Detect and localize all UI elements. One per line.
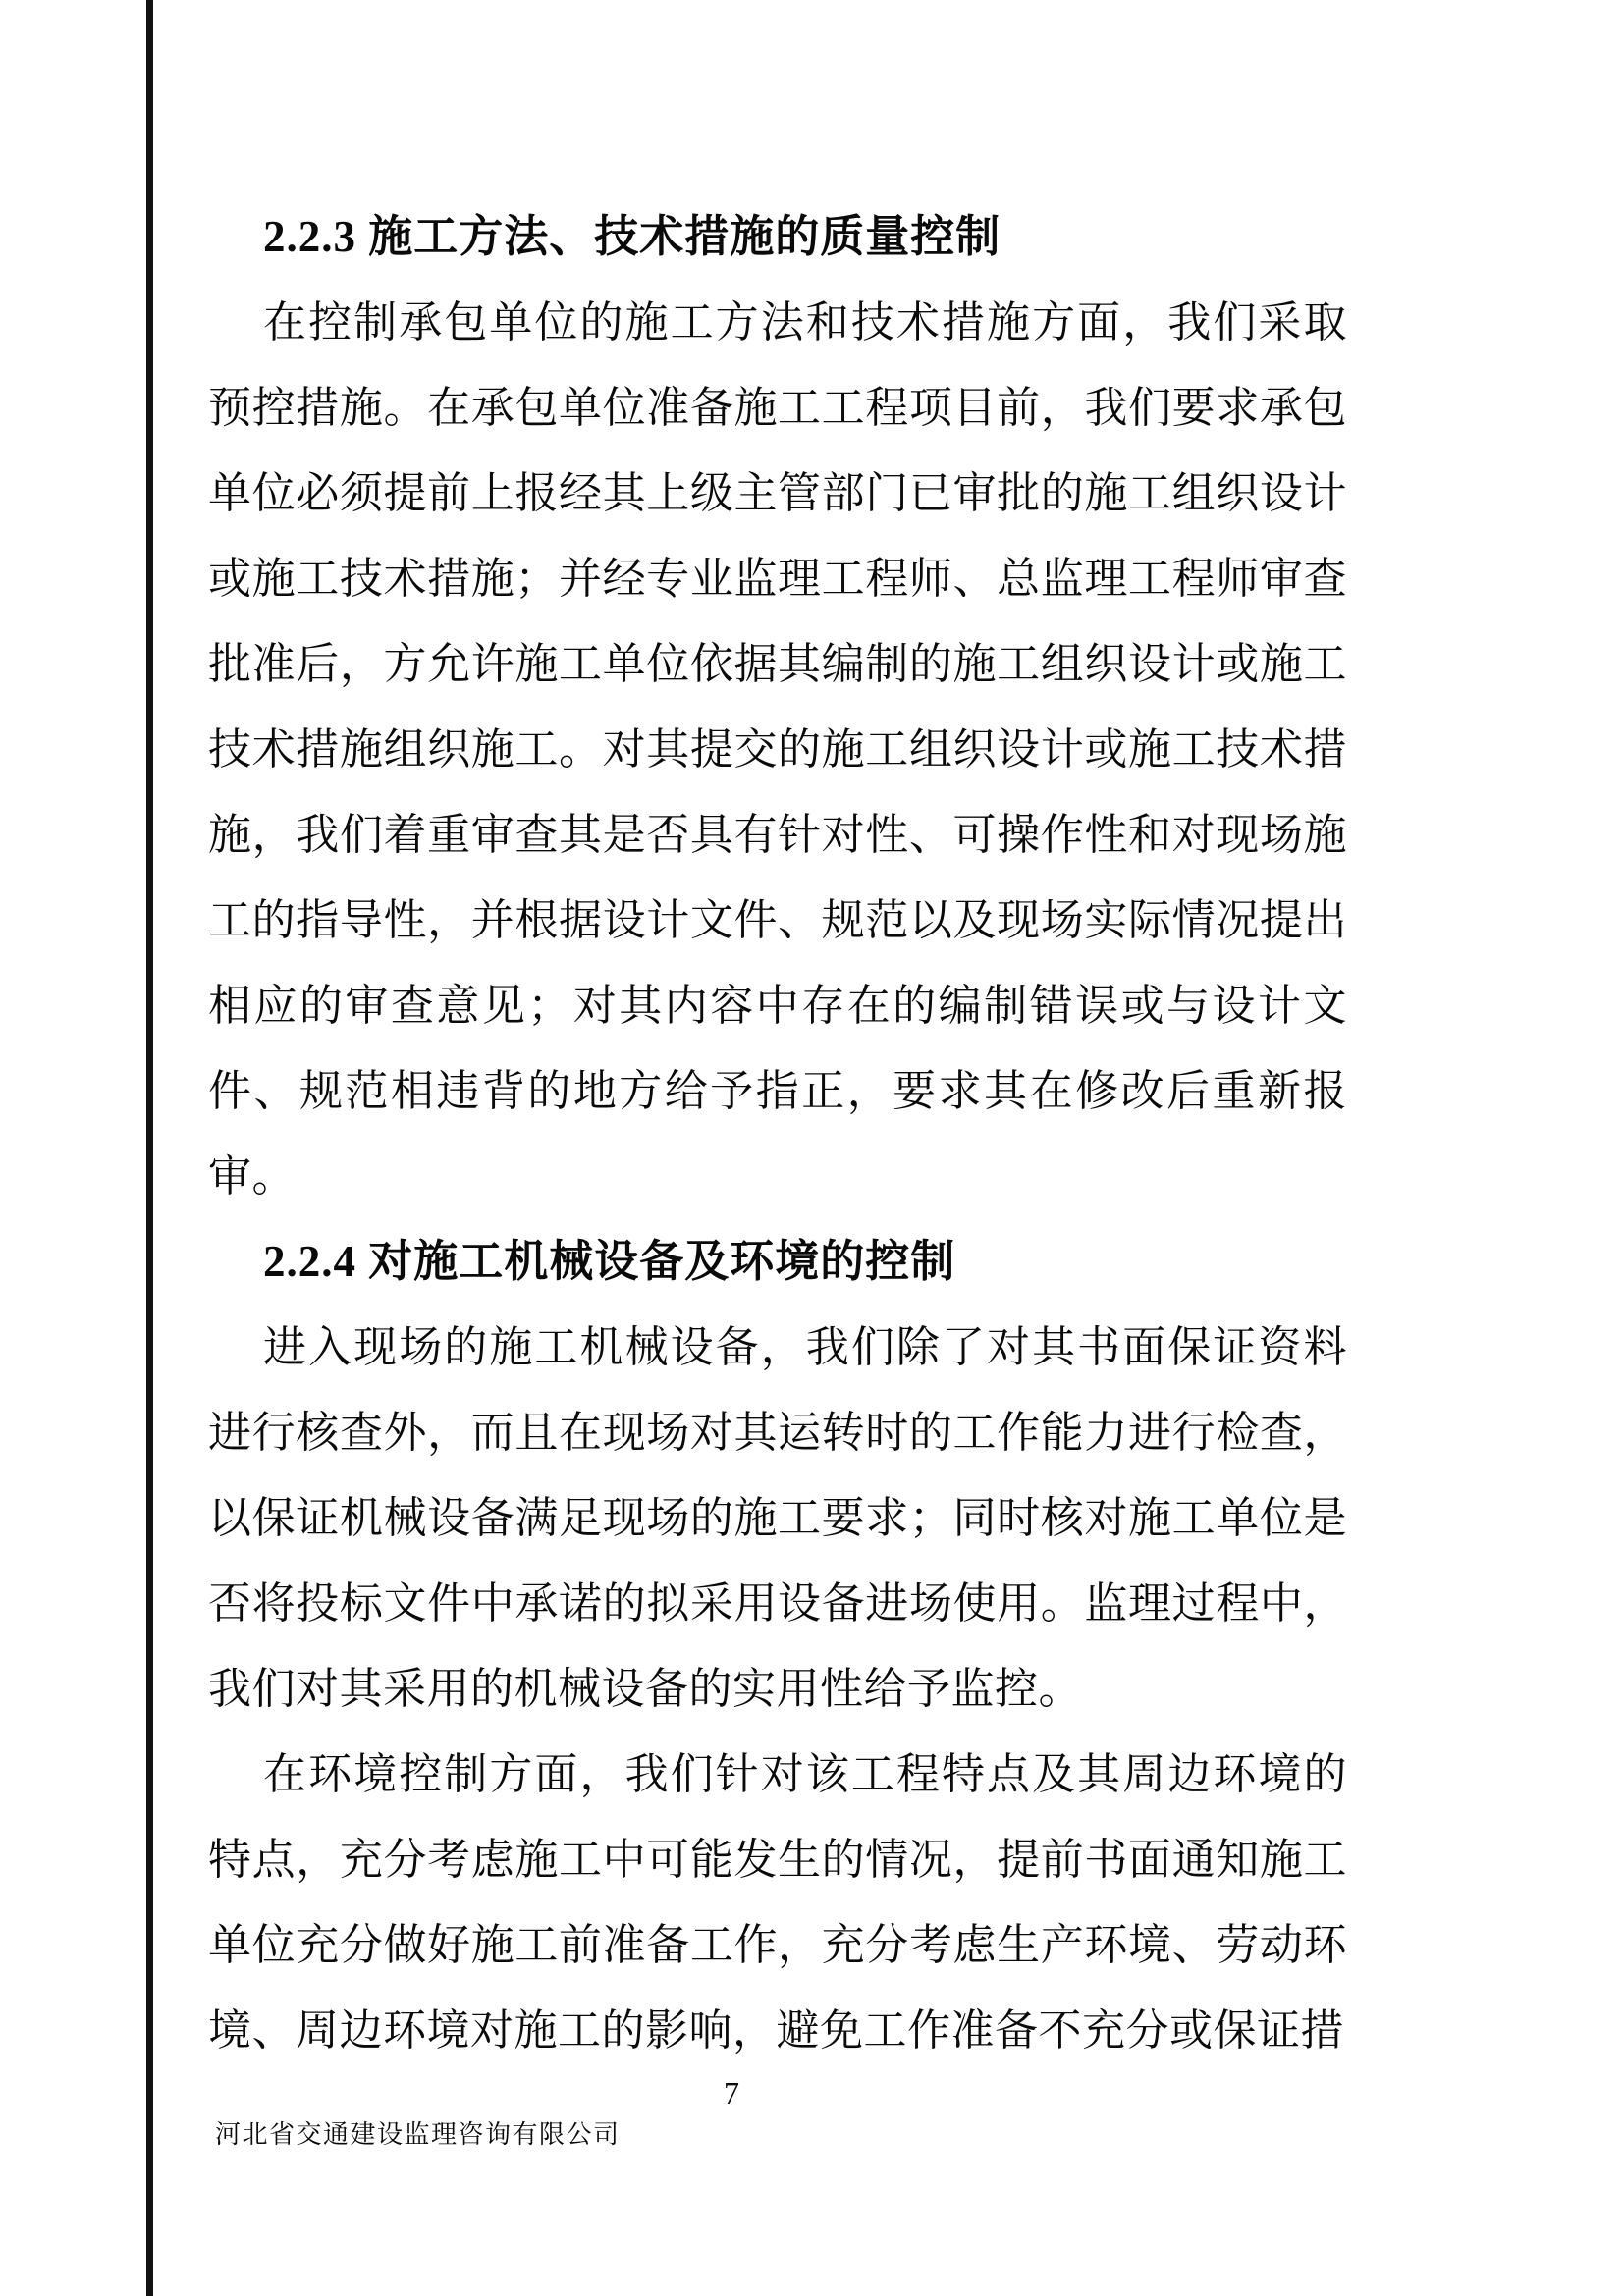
section-heading-2-2-3: 2.2.3 施工方法、技术措施的质量控制: [208, 194, 1347, 280]
body-paragraph: 在环境控制方面，我们针对该工程特点及其周边环境的特点，充分考虑施工中可能发生的情…: [208, 1732, 1347, 2073]
body-paragraph: 进入现场的施工机械设备，我们除了对其书面保证资料进行核查外，而且在现场对其运转时…: [208, 1305, 1347, 1732]
body-paragraph: 在控制承包单位的施工方法和技术措施方面，我们采取预控措施。在承包单位准备施工工程…: [208, 280, 1347, 1219]
section-heading-2-2-4: 2.2.4 对施工机械设备及环境的控制: [208, 1219, 1347, 1305]
footer-company-name: 河北省交通建设监理咨询有限公司: [215, 2118, 621, 2152]
document-page: 2.2.3 施工方法、技术措施的质量控制 在控制承包单位的施工方法和技术措施方面…: [0, 0, 1624, 2296]
page-number: 7: [677, 2073, 785, 2112]
document-body: 2.2.3 施工方法、技术措施的质量控制 在控制承包单位的施工方法和技术措施方面…: [208, 194, 1347, 2073]
scan-artifact-line: [146, 0, 153, 2296]
